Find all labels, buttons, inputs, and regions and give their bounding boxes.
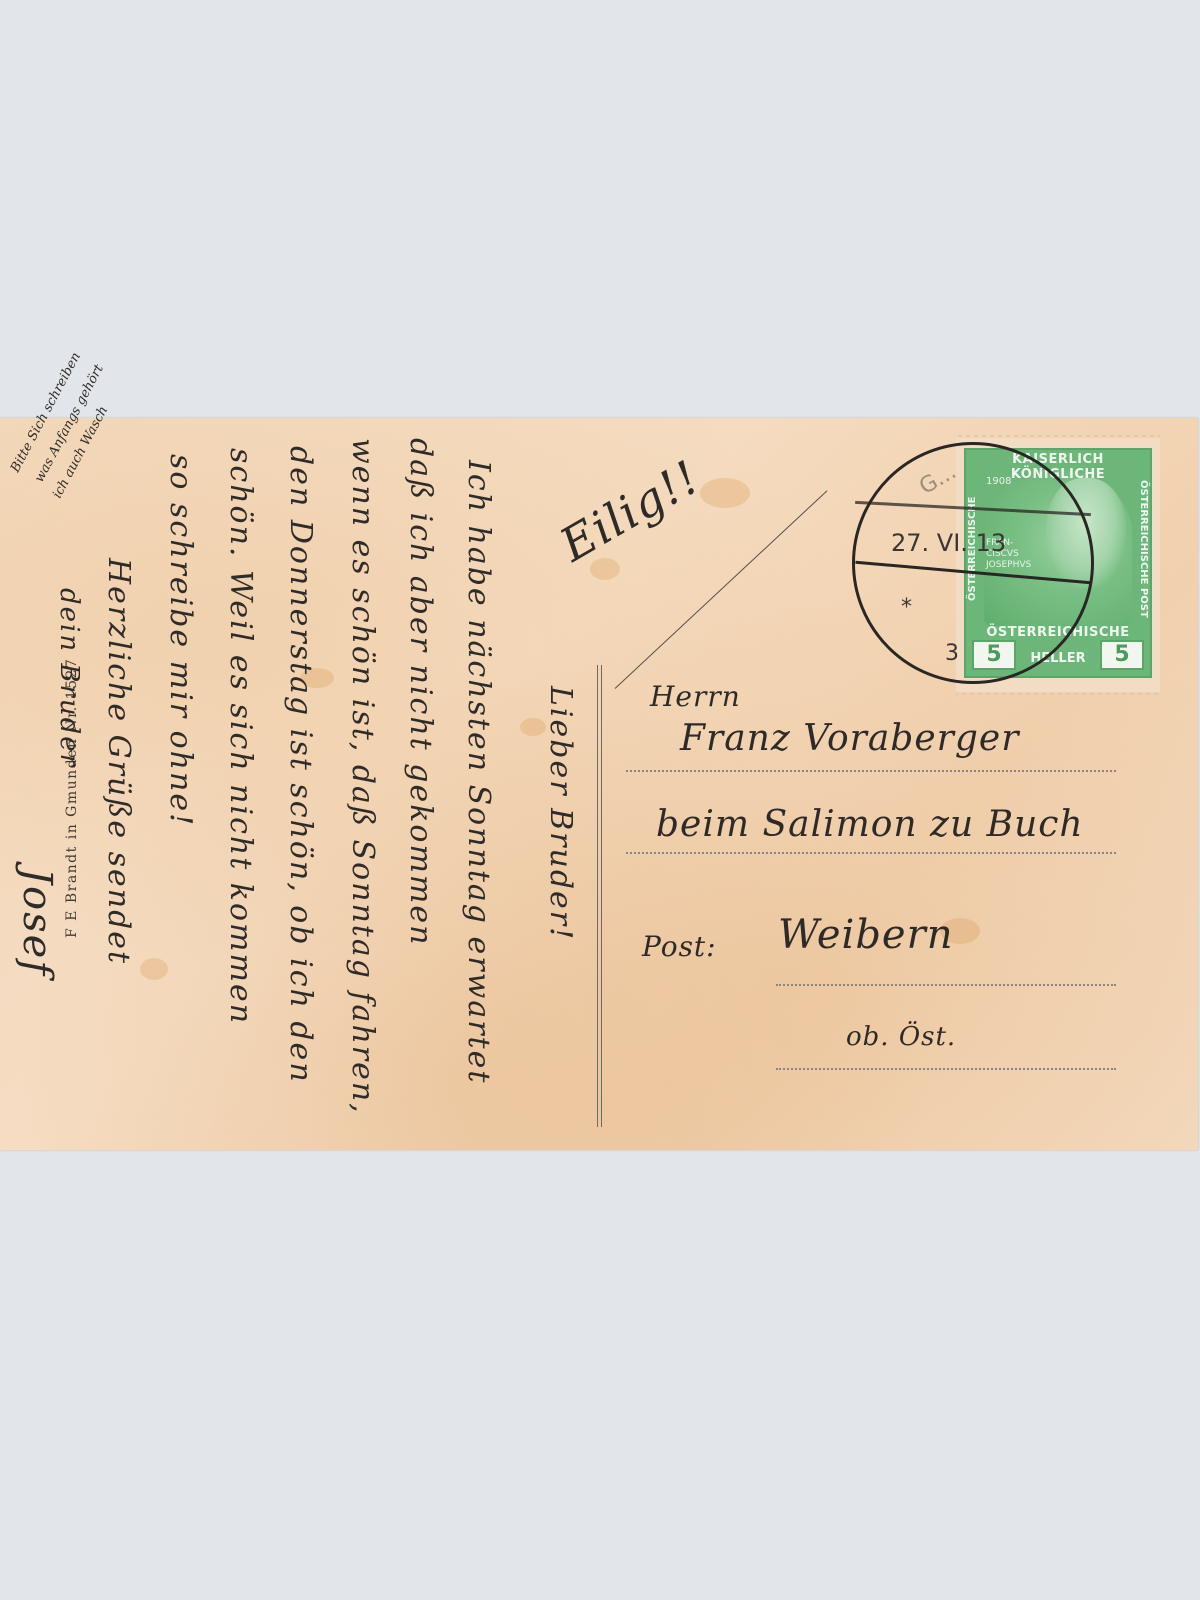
postmark-star: * <box>901 595 912 620</box>
message-signature-prefix: dein Bruder <box>54 588 84 768</box>
address-line-1 <box>626 770 1116 772</box>
address-line-3 <box>776 984 1116 986</box>
stamp-right-text: ÖSTERREICHISCHE POST <box>1133 472 1149 626</box>
message-line: Ich habe nächsten Sonntag erwartet <box>461 460 496 1084</box>
address-line-4 <box>776 1068 1116 1070</box>
message-greeting: Lieber Bruder! <box>543 686 578 941</box>
message-line: daß ich aber nicht gekommen <box>403 438 438 946</box>
address-line-2 <box>626 852 1116 854</box>
postmark-date: 27. VI. 13 <box>891 529 1006 557</box>
postmark: G... 27. VI. 13 * 3 <box>852 442 1094 684</box>
stamp-value-right: 5 <box>1100 640 1144 670</box>
signature: Josef <box>14 868 60 977</box>
message-line: wenn es schön ist, daß Sonntag fahren, <box>345 438 380 1115</box>
address-post-label: Post: <box>642 930 717 963</box>
message-closing: Herzliche Grüße sendet <box>101 558 136 965</box>
address-name: Franz Voraberger <box>680 718 1019 759</box>
postmark-bar-bottom <box>855 561 1090 585</box>
message-address-divider <box>597 665 602 1127</box>
urgent-note: Eilig!! <box>551 450 709 572</box>
stain <box>140 958 168 980</box>
postmark-town: G... <box>915 459 960 500</box>
postcard: Bitte Sich schreiben was Anfangs gehört … <box>0 418 1198 1150</box>
stain <box>700 478 750 508</box>
address-salutation: Herrn <box>650 680 741 713</box>
postmark-number: 3 <box>945 641 959 666</box>
message-line: den Donnerstag ist schön, ob ich den <box>283 446 318 1084</box>
address-region: ob. Öst. <box>846 1022 956 1052</box>
address-line2: beim Salimon zu Buch <box>656 804 1084 845</box>
message-line: schön. Weil es sich nicht kommen <box>223 448 258 1025</box>
postmark-bar-top <box>855 501 1091 516</box>
message-line: so schreibe mir ohne! <box>163 454 198 827</box>
address-post-office: Weibern <box>778 912 953 958</box>
